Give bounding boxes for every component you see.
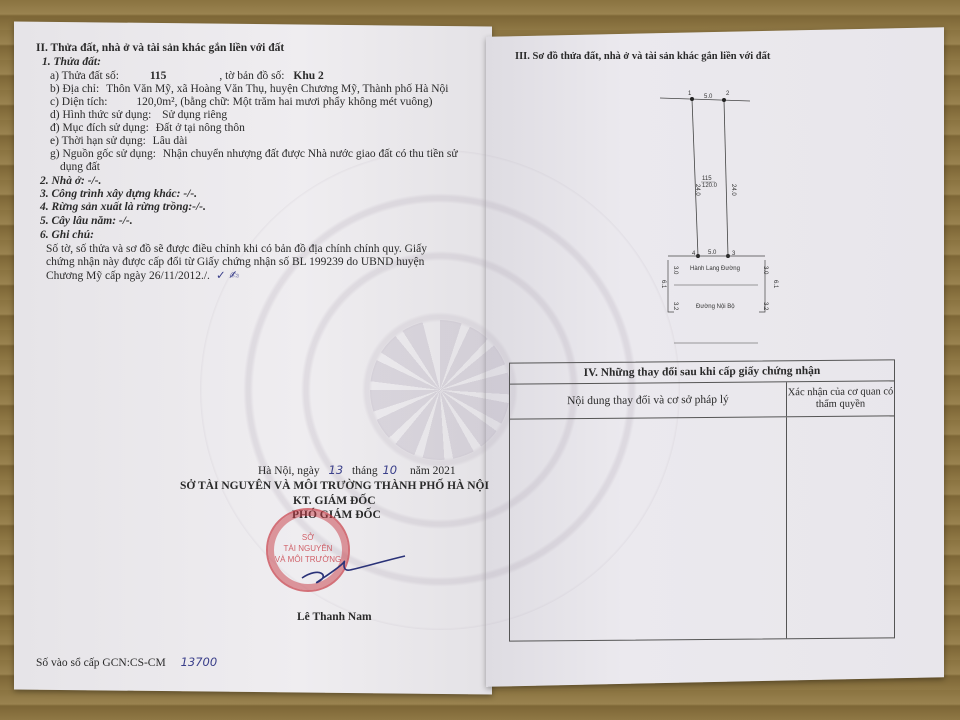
origin-row-cont: dụng đất bbox=[60, 161, 100, 174]
land-parcel-heading: 1. Thửa đất: bbox=[42, 56, 101, 69]
section-iii-title: III. Sơ đồ thửa đất, nhà ở và tài sản kh… bbox=[515, 50, 770, 63]
changes-after-issuance-table: IV. Những thay đổi sau khi cấp giấy chứn… bbox=[509, 359, 895, 641]
address-row: b) Địa chỉ: Thôn Văn Mỹ, xã Hoàng Văn Th… bbox=[50, 83, 448, 96]
origin-row: g) Nguồn gốc sử dụng: Nhận chuyển nhượng… bbox=[50, 148, 458, 161]
registry-number-row: Số vào sổ cấp GCN:CS-CM 13700 bbox=[36, 656, 217, 670]
parcel-no: 115 bbox=[150, 70, 167, 82]
term-row: e) Thời hạn sử dụng: Lâu dài bbox=[50, 135, 187, 148]
svg-text:3.2: 3.2 bbox=[762, 302, 768, 311]
svg-text:120.0: 120.0 bbox=[702, 183, 718, 189]
parcel-sketch: 1 2 3 4 5.0 5.0 115 120.0 24.0 24.0 Hành… bbox=[640, 80, 790, 350]
signature-mark bbox=[300, 548, 410, 588]
forest-item: 4. Rừng sản xuất là rừng trồng:-/-. bbox=[40, 201, 206, 214]
column-header-change-content: Nội dung thay đổi và cơ sở pháp lý bbox=[510, 382, 787, 418]
house-item: 2. Nhà ở: -/-. bbox=[40, 175, 101, 188]
parcel-no-row: a) Thửa đất số: 115 , tờ bản đồ số: Khu … bbox=[50, 70, 324, 83]
issue-date: Hà Nội, ngày 13 tháng 10 năm 2021 bbox=[258, 464, 456, 478]
notes-line-3: Chương Mỹ cấp ngày 26/11/2012./.✓ ✍ bbox=[46, 269, 239, 283]
svg-text:115: 115 bbox=[702, 176, 712, 182]
svg-text:6.1: 6.1 bbox=[660, 280, 666, 289]
svg-text:Đường Nội Bộ: Đường Nội Bộ bbox=[696, 304, 735, 310]
column-header-authority-confirmation: Xác nhận của cơ quan có thẩm quyền bbox=[787, 381, 894, 416]
use-form-row: d) Hình thức sử dụng: Sử dụng riêng bbox=[50, 109, 227, 122]
svg-text:3.0: 3.0 bbox=[672, 266, 678, 275]
svg-text:5.0: 5.0 bbox=[708, 250, 717, 256]
svg-text:6.1: 6.1 bbox=[772, 280, 778, 289]
svg-text:5.0: 5.0 bbox=[704, 94, 713, 100]
change-content-cell bbox=[510, 417, 787, 640]
issuing-authority: SỞ TÀI NGUYÊN VÀ MÔI TRƯỜNG THÀNH PHỐ HÀ… bbox=[180, 480, 489, 493]
signer-title-1: KT. GIÁM ĐỐC bbox=[293, 495, 376, 508]
registry-number: 13700 bbox=[181, 655, 218, 669]
map-sheet: Khu 2 bbox=[293, 70, 323, 82]
svg-text:24.0: 24.0 bbox=[730, 184, 736, 196]
area: 120,0m², (bằng chữ: Một trăm hai mươi ph… bbox=[136, 96, 432, 108]
notes-heading: 6. Ghi chú: bbox=[40, 229, 94, 242]
svg-text:24.0: 24.0 bbox=[694, 184, 700, 196]
signer-name: Lê Thanh Nam bbox=[297, 611, 372, 624]
svg-text:3.2: 3.2 bbox=[672, 302, 678, 311]
issue-month: 10 bbox=[382, 463, 397, 477]
perennial-item: 5. Cây lâu năm: -/-. bbox=[40, 215, 133, 228]
purpose-row: đ) Mục đích sử dụng: Đất ở tại nông thôn bbox=[50, 122, 245, 135]
notes-line-1: Số tờ, số thửa và sơ đồ sẽ được điều chỉ… bbox=[46, 243, 427, 256]
issue-day: 13 bbox=[329, 463, 344, 477]
area-row: c) Diện tích: 120,0m², (bằng chữ: Một tr… bbox=[50, 96, 432, 109]
svg-text:2: 2 bbox=[726, 91, 730, 97]
svg-text:1: 1 bbox=[688, 91, 692, 97]
svg-text:Hành Lang Đường: Hành Lang Đường bbox=[690, 266, 740, 272]
section-ii-title: II. Thửa đất, nhà ở và tài sản khác gắn … bbox=[36, 42, 284, 55]
table-empty-row bbox=[510, 416, 894, 640]
svg-text:3.0: 3.0 bbox=[762, 266, 768, 275]
other-construction-item: 3. Công trình xây dựng khác: -/-. bbox=[40, 188, 197, 201]
address: Thôn Văn Mỹ, xã Hoàng Văn Thụ, huyện Chư… bbox=[106, 83, 448, 95]
